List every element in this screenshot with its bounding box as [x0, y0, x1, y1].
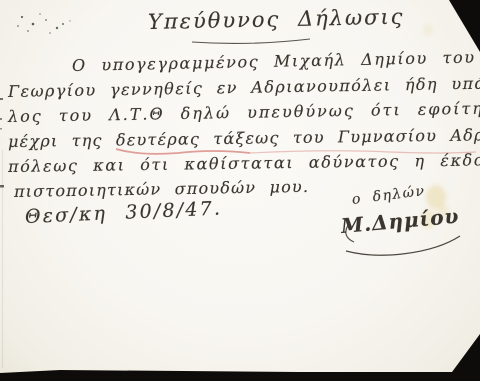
body-line-4: μέχρι της δευτέρας τάξεως του Γυμνασίου …: [8, 125, 480, 151]
body-line-3: λος του Λ.Τ.Θ δηλώ υπευθύνως ότι εφοίτησ…: [8, 98, 480, 126]
paper-sheet: Υπεύθυνος Δήλωσις Ο υπογεγραμμένος Μιχαή…: [0, 0, 480, 381]
body-line-1: Ο υπογεγραμμένος Μιχαήλ Δημίου του: [72, 48, 476, 75]
body-line-5: πόλεως και ότι καθίσταται αδύνατος η έκδ…: [8, 150, 480, 176]
body-line-6: πιστοποιητικών σπουδών μου.: [14, 177, 310, 201]
signature: Μ.Δημίου: [340, 204, 460, 238]
title-underline: [192, 39, 310, 43]
signer-label: ο δηλών: [351, 183, 426, 208]
dateline: Θεσ/κη 30/8/47.: [25, 197, 223, 228]
paper-left-edge-shadow: [2, 150, 3, 368]
scanned-document: Υπεύθυνος Δήλωσις Ο υπογεγραμμένος Μιχαή…: [0, 0, 480, 381]
document-title: Υπεύθυνος Δήλωσις: [148, 5, 405, 34]
body-line-2: Γεωργίου γεννηθείς εν Αδριανουπόλει ήδη …: [8, 73, 480, 101]
